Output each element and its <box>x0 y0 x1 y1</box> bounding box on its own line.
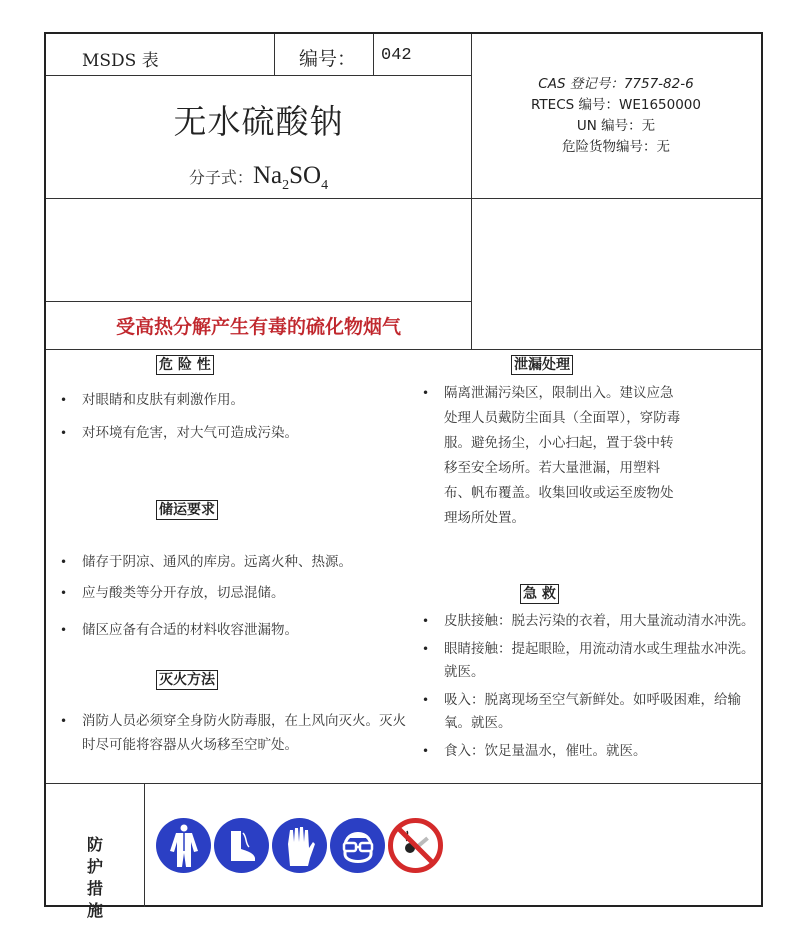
molecular-formula: 分子式：Na2SO4 <box>46 162 471 194</box>
rtecs-number: RTECS 编号：WE1650000 <box>471 95 761 116</box>
safety-boots-icon <box>214 818 269 873</box>
divider <box>46 301 471 302</box>
identifiers-block: CAS 登记号：7757-82-6 RTECS 编号：WE1650000 UN … <box>471 74 761 158</box>
hazard-list: 对眼睛和皮肤有刺激作用。 对环境有危害，对大气可造成污染。 <box>46 384 446 450</box>
section-title-firefighting: 灭火方法 <box>156 670 218 690</box>
list-item: 眼睛接触：提起眼睑，用流动清水或生理盐水冲洗。就医。 <box>418 638 758 684</box>
divider <box>46 75 471 76</box>
protection-icons <box>156 818 443 873</box>
list-item: 消防人员必须穿全身防火防毒服，在上风向灭火。灭火时尽可能将容器从火场移至空旷处。 <box>46 709 411 757</box>
label-char: 防 <box>46 834 144 856</box>
no-smoking-icon <box>388 818 443 873</box>
cas-number: CAS 登记号：7757-82-6 <box>471 74 761 95</box>
list-item: 食入：饮足量温水，催吐。就医。 <box>418 740 758 763</box>
form-label: MSDS 表 <box>82 46 159 71</box>
label-char: 护 <box>46 856 144 878</box>
number-label: 编号： <box>299 44 356 71</box>
protection-label: 防 护 措 施 <box>46 834 144 922</box>
section-title-first-aid: 急 救 <box>520 584 559 604</box>
list-item: 皮肤接触：脱去污染的衣着，用大量流动清水冲洗。 <box>418 610 758 633</box>
goggles-icon <box>330 818 385 873</box>
label-char: 施 <box>46 900 144 922</box>
dangerous-goods-number: 危险货物编号：无 <box>471 137 761 158</box>
list-item: 吸入：脱离现场至空气新鲜处。如呼吸困难，给输氧。就医。 <box>418 689 758 735</box>
divider <box>373 34 374 75</box>
list-item: 应与酸类等分开存放，切忌混储。 <box>46 583 446 603</box>
first-aid-list: 皮肤接触：脱去污染的衣着，用大量流动清水冲洗。 眼睛接触：提起眼睑，用流动清水或… <box>418 610 758 763</box>
list-item: 对眼睛和皮肤有刺激作用。 <box>46 384 446 417</box>
list-item: 储区应备有合适的材料收容泄漏物。 <box>46 620 446 640</box>
section-title-storage: 储运要求 <box>156 500 218 520</box>
number-value: 042 <box>381 46 412 65</box>
divider <box>46 783 761 784</box>
msds-sheet: MSDS 表 编号： 042 无水硫酸钠 分子式：Na2SO4 CAS 登记号：… <box>44 32 763 907</box>
label-char: 措 <box>46 878 144 900</box>
section-title-hazard: 危 险 性 <box>156 355 214 375</box>
divider <box>274 34 275 75</box>
divider <box>46 198 761 199</box>
storage-list: 储存于阴凉、通风的库房。远离火种、热源。 应与酸类等分开存放，切忌混储。 储区应… <box>46 552 446 640</box>
hazard-warning: 受高热分解产生有毒的硫化物烟气 <box>46 312 471 339</box>
formula-value: Na2SO4 <box>253 162 328 189</box>
un-number: UN 编号：无 <box>471 116 761 137</box>
chemical-name: 无水硫酸钠 <box>46 96 471 143</box>
divider <box>144 783 145 907</box>
gloves-icon <box>272 818 327 873</box>
list-item: 隔离泄漏污染区，限制出入。建议应急处理人员戴防尘面具（全面罩），穿防毒服。避免扬… <box>418 381 684 531</box>
leak-list: 隔离泄漏污染区，限制出入。建议应急处理人员戴防尘面具（全面罩），穿防毒服。避免扬… <box>418 381 684 531</box>
list-item: 储存于阴凉、通风的库房。远离火种、热源。 <box>46 552 446 572</box>
formula-label: 分子式： <box>189 168 253 187</box>
list-item: 对环境有危害，对大气可造成污染。 <box>46 417 446 450</box>
protective-suit-icon <box>156 818 211 873</box>
section-title-leak: 泄漏处理 <box>511 355 573 375</box>
firefighting-list: 消防人员必须穿全身防火防毒服，在上风向灭火。灭火时尽可能将容器从火场移至空旷处。 <box>46 709 411 757</box>
divider <box>46 349 761 350</box>
